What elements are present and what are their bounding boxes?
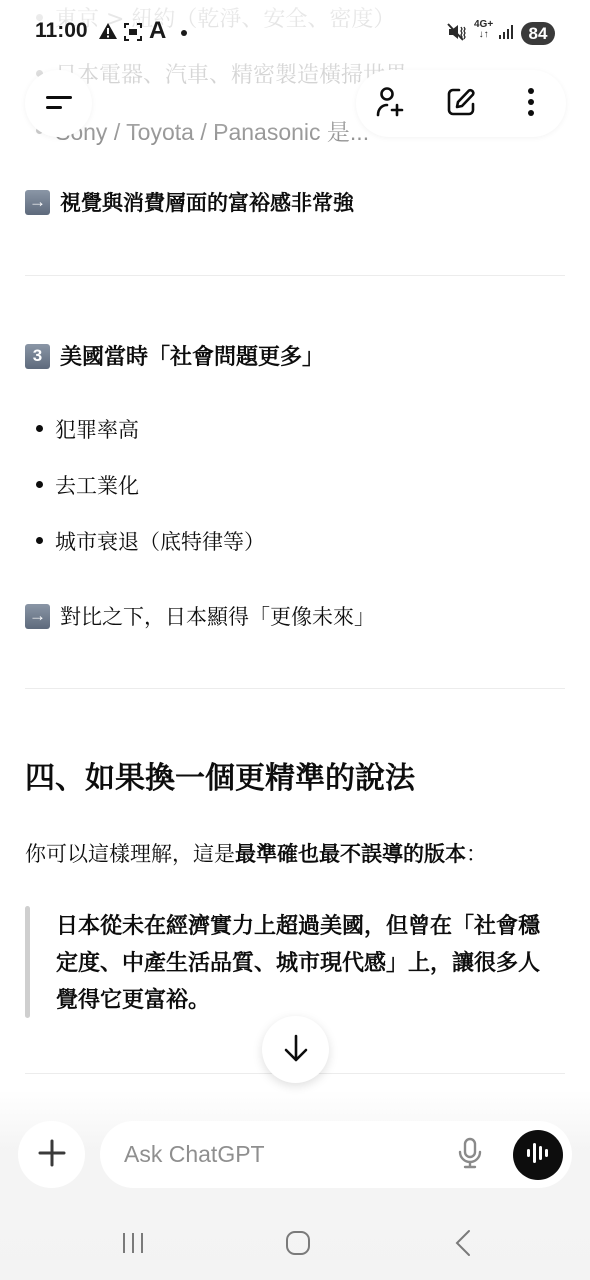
voice-mode-button[interactable] [513, 1130, 563, 1180]
screenshot-icon [123, 22, 143, 46]
list-item-text: 城市衰退（底特律等） [55, 530, 265, 554]
voice-mode-icon [525, 1142, 551, 1168]
conclusion-text: 對比之下，日本顯得「更像未來」 [60, 605, 375, 629]
section-title: 美國當時「社會問題更多」 [60, 345, 324, 370]
back-icon [454, 1229, 472, 1261]
bullet-dot [36, 537, 43, 544]
list-item-text: Sony / Toyota / Panasonic 是... [55, 119, 369, 145]
list-item-text: 日本電器、汽車、精密製造橫掃世界 [55, 63, 407, 88]
divider [25, 275, 565, 276]
home-icon [285, 1230, 311, 1260]
conclusion-text: 視覺與消費層面的富裕感非常強 [60, 191, 354, 215]
section-heading: 四、如果換一個更精準的說法 [25, 753, 415, 797]
intro-paragraph: 你可以這樣理解，這是最準確也最不誤導的版本： [25, 838, 487, 868]
dictation-button[interactable] [450, 1135, 490, 1175]
right-arrow-icon: → [25, 604, 50, 629]
attach-button[interactable] [18, 1121, 85, 1188]
menu-button[interactable] [25, 70, 92, 137]
bullet-dot [36, 425, 43, 432]
list-item-text: 去工業化 [55, 474, 139, 498]
arrow-down-icon [282, 1033, 310, 1067]
intro-text: 你可以這樣理解，這是 [25, 842, 235, 866]
clock: 11:00 [35, 19, 88, 43]
microphone-icon [458, 1137, 482, 1173]
right-arrow-icon: → [25, 190, 50, 215]
section-heading: 3美國當時「社會問題更多」 [25, 340, 324, 371]
quote-bar [25, 906, 30, 1018]
back-button[interactable] [438, 1222, 488, 1267]
scroll-to-bottom-button[interactable] [262, 1016, 329, 1083]
network-label: 4G+ [474, 19, 493, 30]
menu-icon [44, 92, 74, 116]
faded-list-item: 日本電器、汽車、精密製造橫掃世界 [36, 58, 407, 89]
status-bar: 11:00 A 4G+↓↑ 84 [0, 14, 590, 54]
dot-icon [181, 30, 187, 36]
conclusion-line: →視覺與消費層面的富裕感非常強 [25, 187, 354, 217]
blockquote: 日本從未在經濟實力上超過美國，但曾在「社會穩定度、中產生活品質、城市現代感」上，… [25, 906, 565, 1018]
intro-end-text: ： [466, 842, 487, 866]
new-chat-button[interactable] [441, 84, 481, 124]
font-a-icon: A [149, 17, 166, 45]
divider [25, 688, 565, 689]
intro-bold-text: 最準確也最不誤導的版本 [235, 842, 466, 866]
more-vertical-icon [526, 87, 536, 121]
mute-vibrate-icon [447, 22, 467, 46]
battery-indicator: 84 [521, 22, 555, 45]
keycap-number-icon: 3 [25, 344, 50, 369]
list-item-text: 犯罪率高 [55, 418, 139, 442]
composer [100, 1121, 572, 1188]
add-person-button[interactable] [370, 84, 410, 124]
list-item: 犯罪率高 [36, 414, 139, 444]
signal-icon [498, 24, 514, 44]
plus-icon [38, 1139, 66, 1171]
network-4g-plus-icon: 4G+↓↑ [474, 20, 493, 40]
person-add-icon [375, 86, 405, 122]
quote-text: 日本從未在經濟實力上超過美國，但曾在「社會穩定度、中產生活品質、城市現代感」上，… [56, 908, 561, 1019]
chat-message-area: 東京 > 紐約（乾淨、安全、密度） 日本電器、汽車、精密製造橫掃世界 Sony … [0, 0, 590, 1280]
system-navigation-bar [0, 1210, 590, 1280]
more-options-button[interactable] [511, 84, 551, 124]
warning-icon [98, 22, 118, 44]
conclusion-line: →對比之下，日本顯得「更像未來」 [25, 601, 375, 631]
recent-apps-icon [120, 1231, 146, 1259]
message-input[interactable] [124, 1121, 444, 1188]
list-item: 去工業化 [36, 470, 139, 500]
recent-apps-button[interactable] [108, 1222, 158, 1267]
bullet-dot [36, 481, 43, 488]
list-item: 城市衰退（底特律等） [36, 526, 265, 556]
home-button[interactable] [273, 1222, 323, 1267]
edit-icon [446, 87, 476, 121]
header-actions [356, 70, 566, 137]
